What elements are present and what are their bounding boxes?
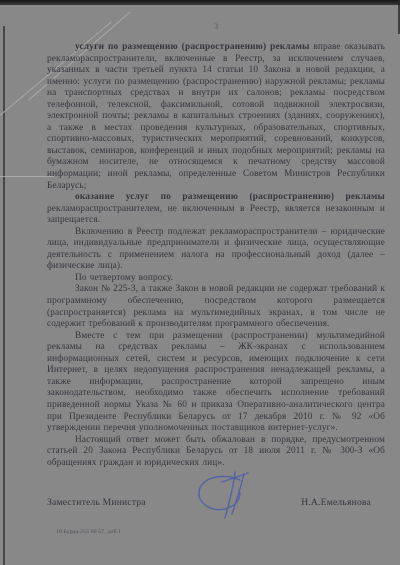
paragraph-fourth-question: По четвертому вопросу.	[47, 273, 385, 285]
paragraph-registry-subjects: Включению в Реестр подлежат рекламораспр…	[47, 227, 385, 273]
scan-edge-top	[0, 0, 400, 5]
scan-edge-left	[3, 26, 5, 565]
bold-lead: услуги по размещению (распространению) р…	[75, 42, 310, 52]
paragraph-prohibition-bold-lead: оказание услуг по размещению (распростра…	[47, 192, 385, 227]
handwritten-signature-icon	[192, 470, 262, 522]
paragraph-text: рекламораспространителем, не включенным …	[47, 204, 385, 226]
paragraph-text: Закон № 225-З, а также Закон в новой ред…	[47, 284, 385, 329]
document-body: услуги по размещению (распространению) р…	[47, 42, 385, 469]
signature-row: Заместитель Министра Н.А.Емельянова	[47, 497, 371, 508]
paragraph-text: По четвертому вопросу.	[75, 273, 173, 283]
paragraph-law-225: Закон № 225-З, а также Закон в новой ред…	[47, 284, 385, 330]
signer-title: Заместитель Министра	[47, 497, 146, 508]
paragraph-multimedia-requirements: Вместе с тем при размещении (распростран…	[47, 331, 385, 435]
page-number: 3	[208, 21, 224, 31]
paragraph-text: вправе оказывать рекламораспространители…	[47, 42, 385, 191]
paragraph-text: Включению в Реестр подлежат рекламораспр…	[47, 227, 385, 272]
signer-name: Н.А.Емельянова	[301, 497, 371, 508]
paper-crease-line	[0, 176, 54, 177]
paragraph-text: Настоящий ответ может быть обжалован в п…	[47, 435, 385, 468]
executor-contact-note: 10 Бурда 255 60 57, доб.1	[56, 529, 121, 535]
paragraph-appeal-notice: Настоящий ответ может быть обжалован в п…	[47, 435, 385, 470]
bold-lead: оказание услуг по размещению (распростра…	[75, 192, 385, 202]
paragraph-services-bold-lead: услуги по размещению (распространению) р…	[47, 42, 385, 192]
paragraph-text: Вместе с тем при размещении (распростран…	[47, 331, 385, 433]
scanned-document-page: 3 услуги по размещению (распространению)…	[0, 0, 400, 565]
